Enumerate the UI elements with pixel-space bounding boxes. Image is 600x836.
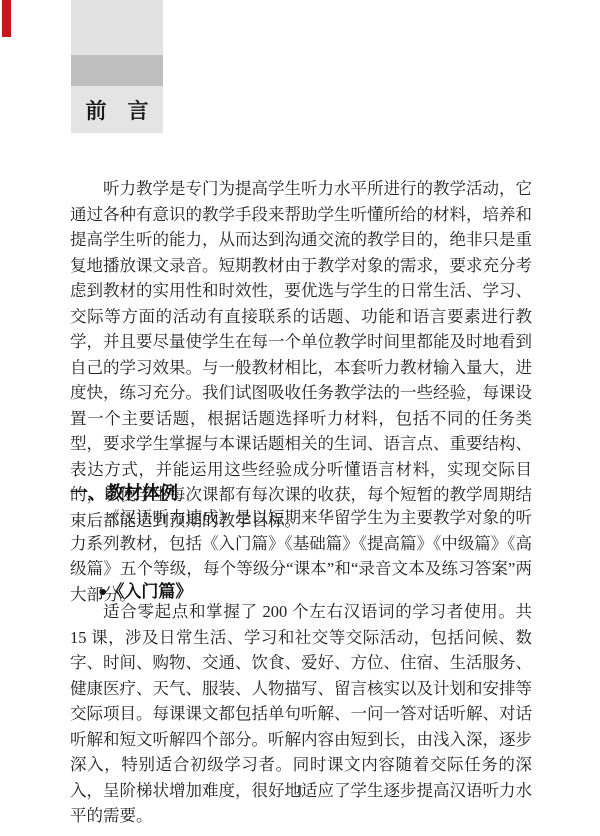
book-page: 前 言 听力教学是专门为提高学生听力水平所进行的教学活动，它通过各种有意识的教学… [0,0,600,836]
red-bookmark-bar [2,0,11,37]
preface-title-block: 前 言 [71,86,163,133]
preface-header-box: 前 言 [71,0,163,133]
section-heading: 一、教材体例 [70,479,178,505]
preface-title: 前 言 [86,95,149,125]
header-accent-band [71,55,163,86]
page-number: I [0,783,600,800]
header-block-top [71,0,163,55]
